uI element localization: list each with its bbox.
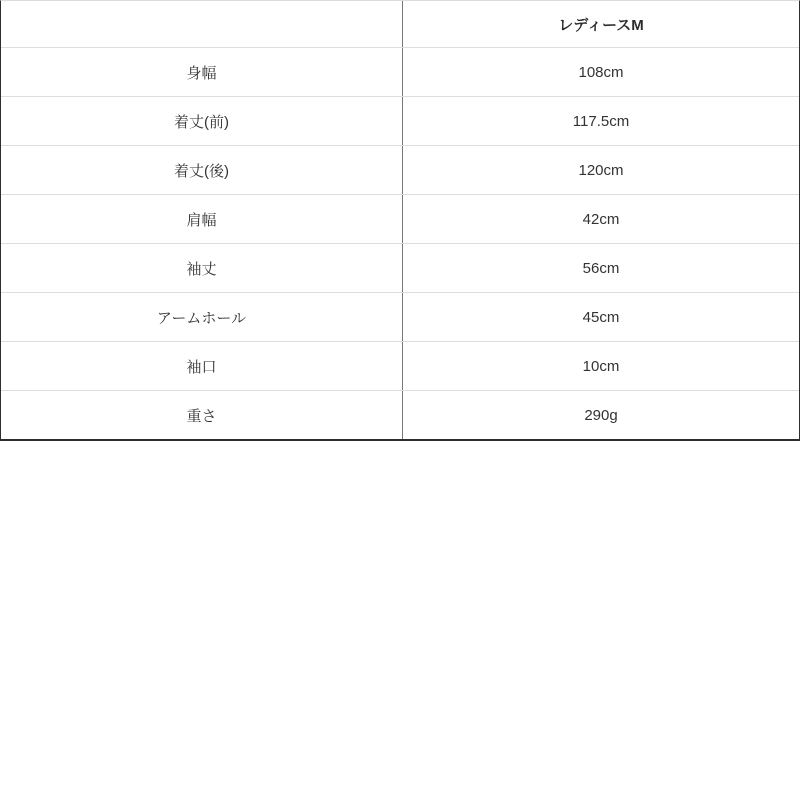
- table-row: アームホール 45cm: [1, 293, 799, 342]
- row-value: 10cm: [403, 342, 799, 390]
- table-row: 重さ 290g: [1, 391, 799, 439]
- table-row: 身幅 108cm: [1, 48, 799, 97]
- table-row: 袖丈 56cm: [1, 244, 799, 293]
- row-label: 袖丈: [1, 244, 403, 292]
- table-header-row: レディースM: [1, 1, 799, 48]
- table-row: 肩幅 42cm: [1, 195, 799, 244]
- table-row: 袖口 10cm: [1, 342, 799, 391]
- row-label: 袖口: [1, 342, 403, 390]
- table-row: 着丈(前) 117.5cm: [1, 97, 799, 146]
- row-value: 56cm: [403, 244, 799, 292]
- row-value: 42cm: [403, 195, 799, 243]
- row-value: 120cm: [403, 146, 799, 194]
- row-label: 身幅: [1, 48, 403, 96]
- row-label: 重さ: [1, 391, 403, 439]
- row-value: 117.5cm: [403, 97, 799, 145]
- row-value: 108cm: [403, 48, 799, 96]
- header-empty-cell: [1, 1, 403, 47]
- row-label: 肩幅: [1, 195, 403, 243]
- row-label: 着丈(後): [1, 146, 403, 194]
- header-size-cell: レディースM: [403, 1, 799, 47]
- row-label: アームホール: [1, 293, 403, 341]
- page-canvas: レディースM 身幅 108cm 着丈(前) 117.5cm 着丈(後) 120c…: [0, 0, 800, 800]
- size-chart-table: レディースM 身幅 108cm 着丈(前) 117.5cm 着丈(後) 120c…: [0, 0, 800, 441]
- row-value: 45cm: [403, 293, 799, 341]
- table-row: 着丈(後) 120cm: [1, 146, 799, 195]
- row-label: 着丈(前): [1, 97, 403, 145]
- row-value: 290g: [403, 391, 799, 439]
